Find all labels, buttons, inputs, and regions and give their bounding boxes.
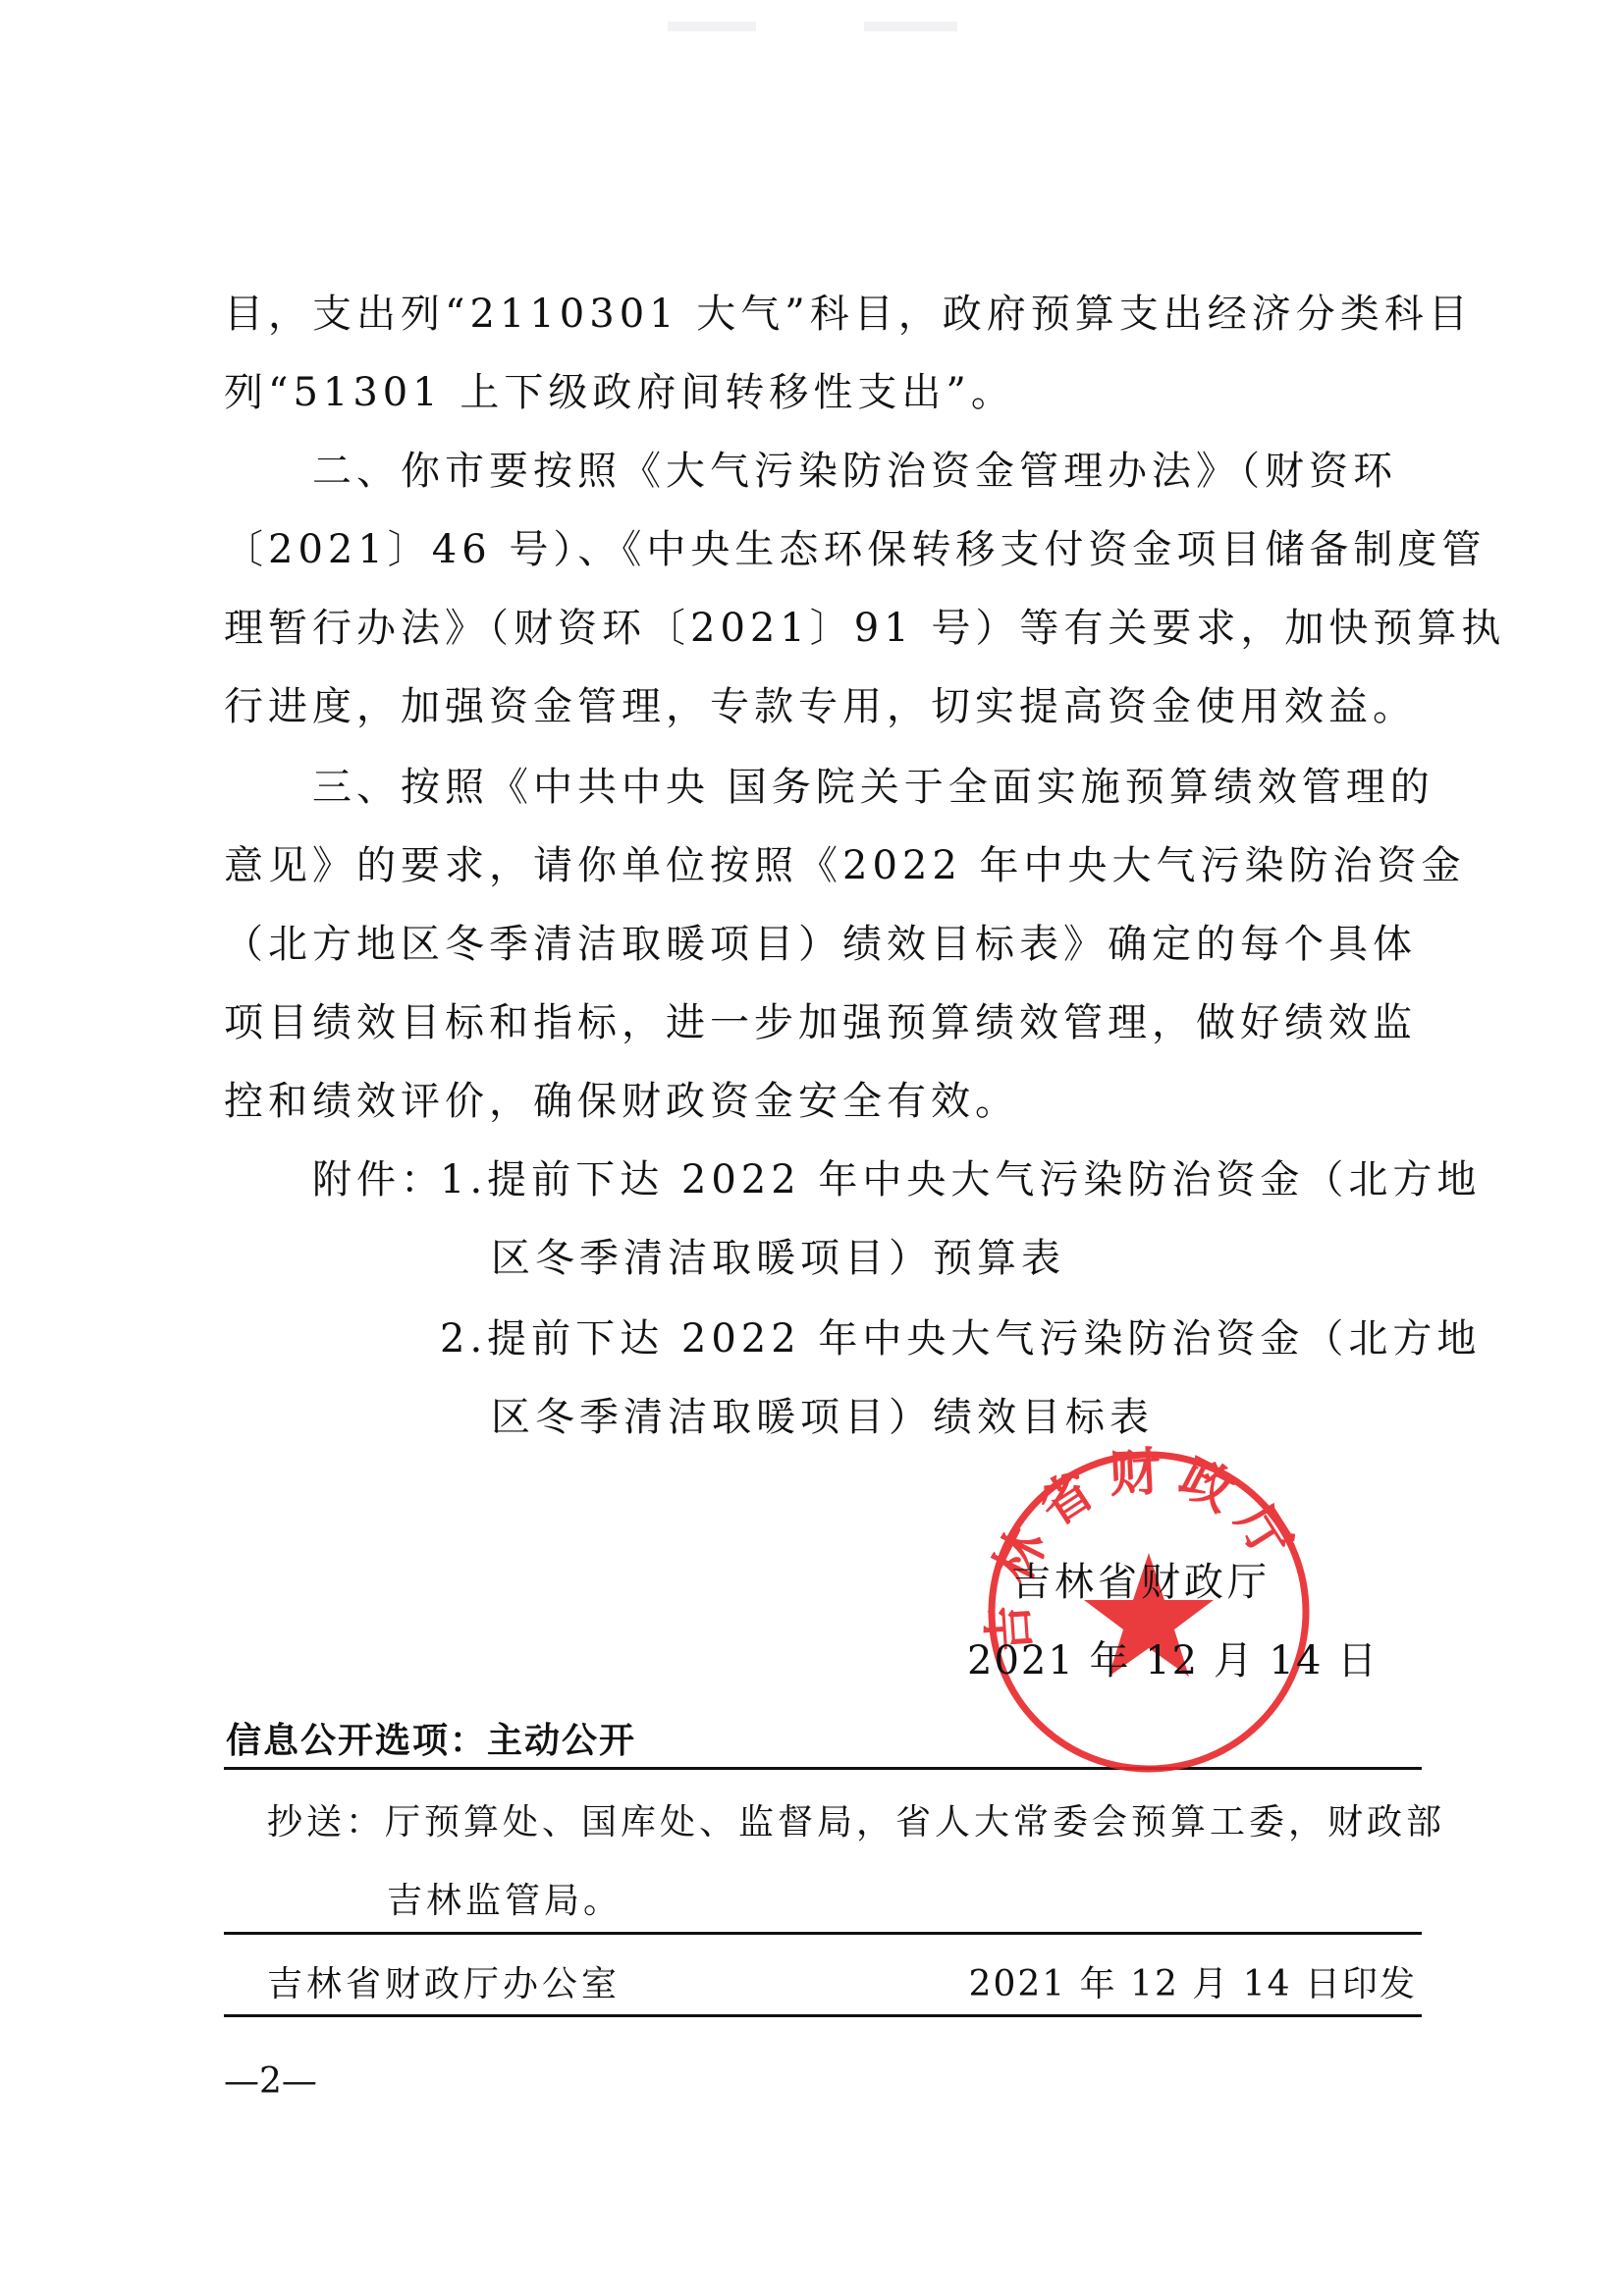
official-seal-icon: 吉林省财政厅 <box>982 1445 1316 1779</box>
divider <box>224 2014 1422 2017</box>
body-line: 〔2021〕46 号）、《中央生态环保转移支付资金项目储备制度管 <box>224 526 1422 573</box>
scan-artifact <box>668 22 756 31</box>
divider <box>224 1932 1422 1935</box>
issuing-office: 吉林省财政厅办公室 <box>267 1956 621 2006</box>
body-line: 列“51301 上下级政府间转移性支出”。 <box>224 369 1422 416</box>
body-line: （北方地区冬季清洁取暖项目）绩效目标表》确定的每个具体 <box>224 921 1422 968</box>
issuer-signature: 吉林省财政厅 <box>1011 1551 1271 1607</box>
body-line: 理暂行办法》（财资环〔2021〕91 号）等有关要求，加快预算执 <box>224 605 1422 652</box>
attachment-item-2-cont: 区冬季清洁取暖项目）绩效目标表 <box>491 1394 1623 1441</box>
attachment-item-1-cont: 区冬季清洁取暖项目）预算表 <box>491 1235 1623 1282</box>
body-line: 行进度，加强资金管理，专款专用，切实提高资金使用效益。 <box>224 683 1422 730</box>
page-number: —2— <box>224 2061 317 2102</box>
body-line: 意见》的要求，请你单位按照《2022 年中央大气污染防治资金 <box>224 842 1422 889</box>
body-line: 项目绩效目标和指标，进一步加强预算绩效管理，做好绩效监 <box>224 999 1422 1046</box>
attachment-item-2: 2.提前下达 2022 年中央大气污染防治资金（北方地 <box>440 1315 1623 1362</box>
document-page: 目，支出列“2110301 大气”科目，政府预算支出经济分类科目 列“51301… <box>0 0 1623 2296</box>
body-line: 控和绩效评价，确保财政资金安全有效。 <box>224 1078 1422 1125</box>
body-line: 三、按照《中共中央 国务院关于全面实施预算绩效管理的 <box>312 764 1510 811</box>
cc-line: 抄送：厅预算处、国库处、监督局，省人大常委会预算工委，财政部 <box>267 1794 1445 1844</box>
info-disclosure: 信息公开选项：主动公开 <box>226 1713 636 1763</box>
issue-date: 2021 年 12 月 14 日 <box>967 1629 1379 1685</box>
cc-line-cont: 吉林监管局。 <box>387 1873 622 1923</box>
print-date: 2021 年 12 月 14 日印发 <box>969 1956 1417 2006</box>
body-line: 目，支出列“2110301 大气”科目，政府预算支出经济分类科目 <box>224 291 1422 338</box>
body-line: 二、你市要按照《大气污染防治资金管理办法》（财资环 <box>312 448 1510 495</box>
scan-artifact <box>864 22 957 31</box>
attachment-item-1: 1.提前下达 2022 年中央大气污染防治资金（北方地 <box>440 1156 1623 1203</box>
